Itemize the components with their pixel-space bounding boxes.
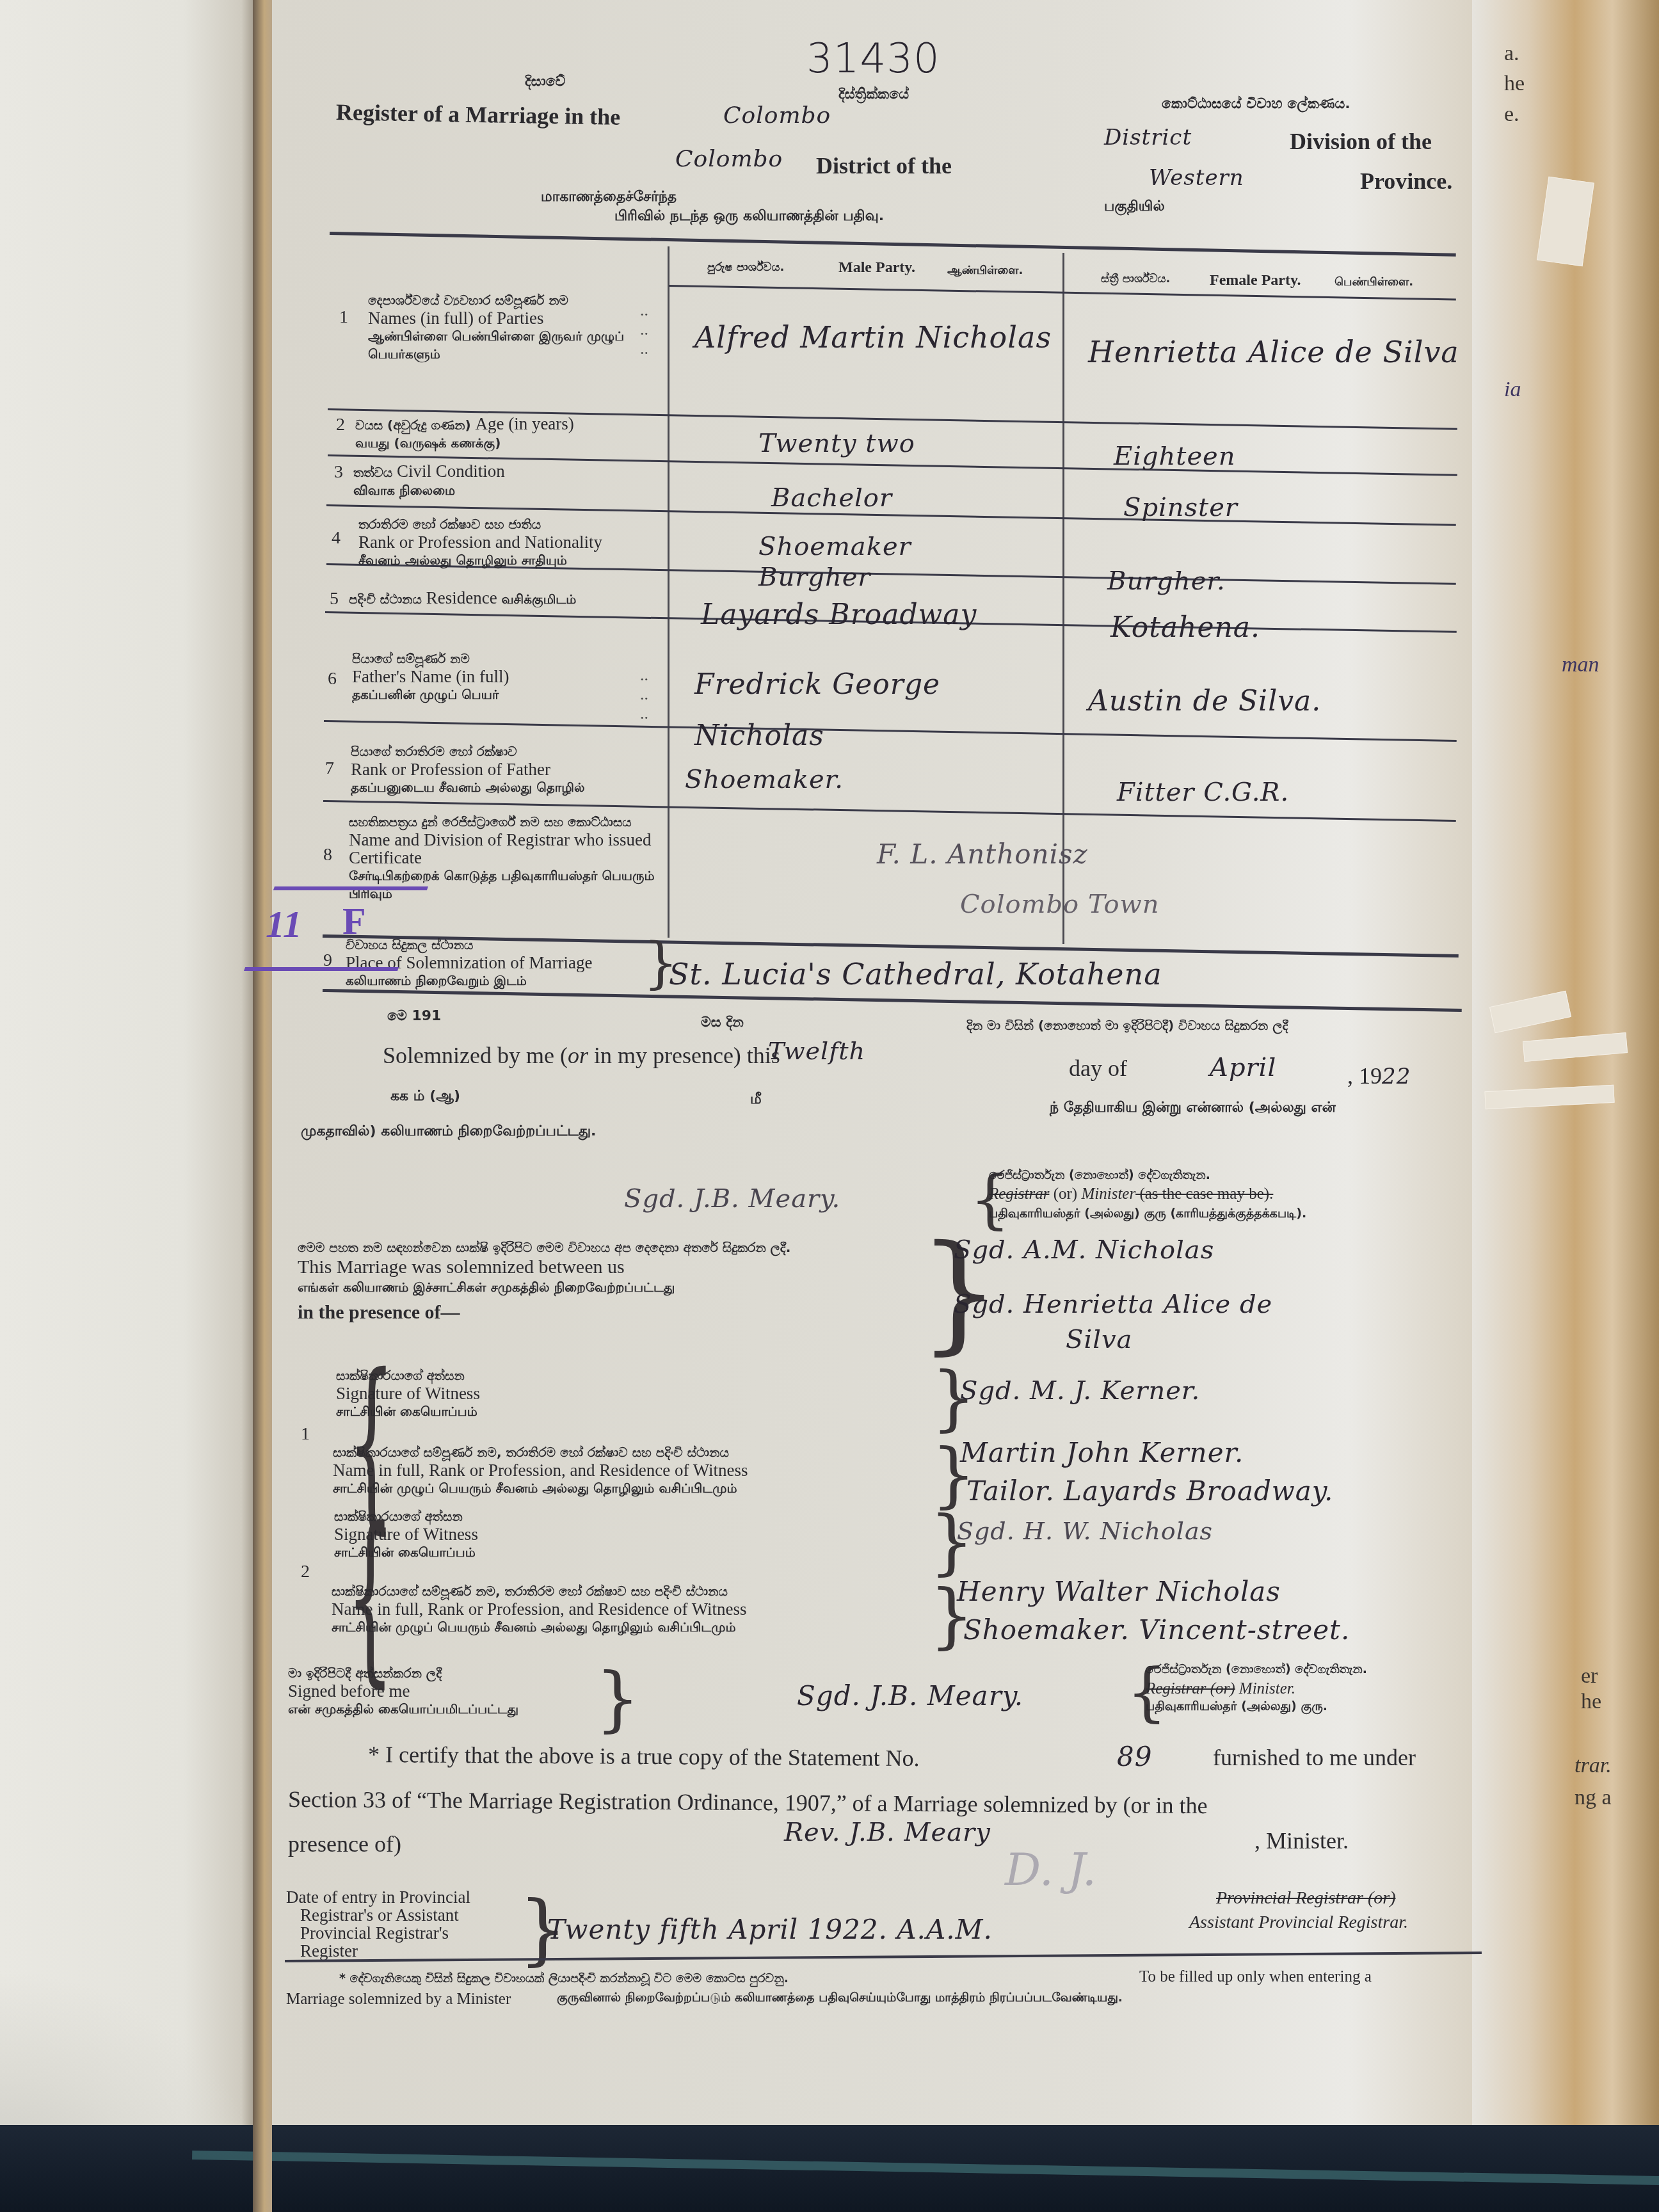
adjacent-page-text: ng a (1575, 1786, 1612, 1810)
between-us-en: This Marriage was solemnized between us (298, 1256, 912, 1278)
place-of-solemnization: St. Lucia's Cathedral, Kotahena (669, 957, 1162, 991)
signed-role-ta: பதிவுகாரியஸ்தர் (அல்லது) குரு. (1146, 1699, 1327, 1715)
header-sinhala-right: කොට්ඨාසයේ විවාහ ලේකණය. (1162, 96, 1350, 112)
day-handwritten: Twelfth (768, 1037, 865, 1065)
label-ta: சாட்சியின் கையொப்பம் (336, 1402, 592, 1420)
paper-flake (1489, 991, 1571, 1033)
division-label: Division of the (1290, 128, 1432, 155)
footnote-si: * දේවගැතියෙකු විසින් සිදුකල විවාහයක් ලිය… (339, 1971, 789, 1985)
paper-flake (1484, 1085, 1614, 1110)
between-us-ta: எங்கள் கலியாணம் இச்சாட்சிகள் சமுகத்தில் … (298, 1278, 912, 1296)
label-en: Signature of Witness (336, 1384, 592, 1402)
between-us-si: මෙම පහත නම සඳහන්වෙන සාක්ෂි ඉදිරිපිට මෙම … (298, 1238, 912, 1256)
pencil-signature: D. J. (1005, 1843, 1096, 1896)
witness-1-name: Martin John Kerner. (960, 1437, 1244, 1468)
label-si: සාක්ෂිකාරයාගේ සම්පූර්ණ නම, තරාතිරම හෝ රක… (333, 1443, 934, 1461)
entry-role-struck: Provincial Registrar (or) (1216, 1888, 1395, 1909)
adjacent-page-text: er (1581, 1664, 1598, 1688)
role-minister: Minister (1081, 1185, 1135, 1203)
tamil-date-left: கக ம் (ஆ) (390, 1088, 460, 1106)
female-residence: Kotahena. (1110, 611, 1260, 644)
label-en: Names (in full) of Parties (368, 309, 662, 327)
witness-number: 2 (301, 1562, 310, 1582)
label-en: Age (in years) (475, 414, 573, 433)
label-si: වයස (අවුරුදු ගණන) (355, 417, 471, 433)
male-party-header: Male Party. (838, 259, 915, 276)
witness-2-details: Shoemaker. Vincent-street. (963, 1614, 1350, 1646)
statement-number: 89 (1117, 1741, 1152, 1772)
label-en: Name and Division of Registrar who issue… (349, 831, 656, 867)
row-number: 2 (336, 415, 345, 435)
registrar-division: Colombo Town (960, 890, 1160, 919)
row-label-father-name: පියාගේ සම්පූර්ණ නම Father's Name (in ful… (352, 650, 646, 703)
row-number: 4 (332, 528, 341, 549)
district-handwritten: Colombo (675, 146, 783, 172)
role-minister: Minister. (1235, 1680, 1295, 1697)
officiant-role-ta: பதிவுகாரியஸ்தர் (அல்லது) குரு (காரியத்து… (989, 1206, 1306, 1222)
adjacent-page-text: trar. (1575, 1754, 1612, 1778)
female-civil-condition: Spinster (1123, 493, 1238, 522)
witness-1-signature: Sgd. M. J. Kerner. (960, 1376, 1200, 1406)
year-label: , 1922 (1347, 1062, 1411, 1089)
officiant-role-si: රෙජිස්ට්‍රාර්තැන (නොහොත්) දේවගැතිතැන. (989, 1168, 1210, 1182)
male-residence: Layards Broadway (701, 598, 977, 631)
label-si: පියාගේ තරාතිරම හෝ රක්ෂාව (351, 742, 652, 760)
header-sinhala-left: දිසාවේ (525, 74, 566, 90)
label-ta: தகப்பனுடைய சீவனம் அல்லது தொழில் (351, 778, 652, 796)
sinhala-date-right: දින මා විසින් (නොහොත් මා ඉදිරිපිටදී) විව… (966, 1018, 1288, 1033)
label-line: Registrar's or Assistant (286, 1906, 470, 1924)
day-of-label: day of (1069, 1055, 1127, 1082)
female-name: Henrietta Alice de Silva (1088, 323, 1459, 381)
female-party-header: Female Party. (1210, 272, 1301, 289)
tamil-division-label: பகுதியில் (1104, 198, 1165, 216)
witness-2-signature-label: සාක්ෂිකාරයාගේ අත්සන Signature of Witness… (334, 1507, 590, 1561)
label-ta: தகப்பனின் முழுப் பெயர் (352, 685, 646, 703)
stamp-mark: F (342, 899, 366, 943)
solemnized-or: or (568, 1043, 588, 1068)
tamil-solemnized: முகதாவில்) கலியாணம் நிறைவேற்றப்பட்டது. (301, 1123, 596, 1141)
torn-page-edges: a. he e. ia man er he trar. ng a (1472, 0, 1659, 2125)
registrar-name: F. L. Anthonisz (877, 838, 1088, 870)
label-en: Name in full, Rank or Profession, and Re… (333, 1461, 934, 1479)
month-handwritten: April (1210, 1053, 1276, 1082)
witness-2-name: Henry Walter Nicholas (957, 1576, 1281, 1607)
label-ta: என் சமுகத்தில் கையொப்பமிடப்பட்டது (288, 1700, 595, 1718)
label-si: සාක්ෂිකාරයාගේ අත්සන (334, 1507, 590, 1525)
leader-dots: ...... (640, 301, 648, 358)
male-father-name: Fredrick George Nicholas (694, 659, 1053, 762)
label-line: Register (286, 1942, 470, 1960)
entry-date-value: Twenty fifth April 1922. A.A.M. (547, 1914, 993, 1945)
role-case-struck: (as the case may be). (1135, 1185, 1273, 1203)
label-en: Signature of Witness (334, 1525, 590, 1543)
label-ta: சீவனம் அல்லது தொழிலும் சாதியும் (358, 551, 659, 569)
label-en: Residence (426, 588, 497, 607)
label-en: Name in full, Rank or Profession, and Re… (332, 1600, 933, 1618)
footnote-en-1: To be filled up only when entering a (1139, 1968, 1372, 1986)
signed-role-si: රෙජිස්ට්‍රාර්තැන (නොහොත්) දේවගැතිතැන. (1146, 1662, 1367, 1676)
label-ta: கலியாணம் நிறைவேறும் இடம் (346, 972, 653, 990)
row-label-civil-condition: තත්වය Civil Condition விவாக நிலைமை (353, 462, 661, 499)
label-ta: ஆண்பிள்ளை பெண்பிள்ளை இருவர் முழுப் பெயர்… (368, 327, 662, 363)
solemnized-line: Solemnized by me (or in my presence) thi… (383, 1042, 780, 1069)
book-binding (253, 0, 272, 2212)
footnote-en-2: Marriage solemnized by a Minister (286, 1991, 511, 2008)
register-title: Register of a Marriage in the (336, 99, 621, 131)
tamil-date-right: ந் தேதியாகிய இன்று என்னால் (அல்லது என் (1050, 1100, 1336, 1118)
label-en: Civil Condition (397, 461, 505, 481)
province-label: Province. (1360, 168, 1452, 195)
certification-line-1: * I certify that the above is a true cop… (368, 1741, 920, 1772)
label-ta: சாட்சியின் முழுப் பெயரும் சீவனம் அல்லது … (333, 1479, 934, 1497)
male-age: Twenty two (758, 429, 915, 458)
brace: } (595, 1658, 640, 1740)
witness-1-name-label: සාක්ෂිකාරයාගේ සම්පූර්ණ නම, තරාතිරම හෝ රක… (333, 1443, 934, 1497)
adjacent-page-text: ia (1504, 378, 1521, 402)
bride-signature-cont: Silva (1066, 1325, 1132, 1354)
female-age: Eighteen (1114, 442, 1236, 471)
adjacent-page-text: a. (1504, 42, 1519, 66)
male-party-ta: ஆண்பிள்ளை. (947, 264, 1023, 278)
label-si: මා ඉදිරිපිටදී අත්සන්කරන ලදී (288, 1664, 595, 1682)
left-blank-page (0, 0, 262, 2212)
entry-date-label: Date of entry in Provincial Registrar's … (286, 1888, 470, 1960)
witness-2-name-label: සාක්ෂිකාරයාගේ සම්පූර්ණ නම, තරාතිරම හෝ රක… (332, 1582, 933, 1636)
female-nationality: Burgher. (1107, 566, 1226, 596)
entry-role: Assistant Provincial Registrar. (1189, 1912, 1408, 1933)
register-number: 31430 (806, 35, 940, 83)
female-father-name: Austin de Silva. (1088, 685, 1321, 717)
footnote-ta: குருவினால் நிறைவேற்றப்படும் கலியாணத்தை ப… (557, 1991, 1123, 2007)
adjacent-page-text: e. (1504, 102, 1519, 127)
label-en: Signed before me (288, 1682, 595, 1700)
label-si: පදිංචි ස්ථානය (349, 591, 422, 607)
row-label-residence: පදිංචි ස්ථානය Residence வசிக்குமிடம் (349, 589, 662, 608)
female-party-ta: பெண்பிள்ளை. (1334, 275, 1413, 290)
label-ta: வசிக்குமிடம் (501, 591, 576, 607)
label-si: තත්වය (353, 465, 392, 480)
sinhala-date-center: මස ‍දින (701, 1014, 744, 1030)
stamp-number: 11 (266, 902, 302, 947)
role-or: (or) (1049, 1185, 1081, 1203)
paper-flake (1523, 1032, 1628, 1062)
adjacent-page-text: he (1581, 1690, 1601, 1714)
label-line: Date of entry in Provincial (286, 1888, 470, 1906)
between-us-label: මෙම පහත නම සඳහන්වෙන සාක්ෂි ඉදිරිපිට මෙම … (298, 1238, 912, 1322)
paper-flake (1537, 177, 1594, 267)
district-label: District of the (816, 152, 952, 179)
male-party-si: පුරුෂ පාර්ශ්වය. (707, 260, 784, 274)
label-en: Rank or Profession of Father (351, 760, 652, 778)
solemnized-prefix: Solemnized by me ( (383, 1043, 568, 1068)
label-en: Father's Name (in full) (352, 668, 646, 685)
minister-name-handwritten: Rev. J.B. Meary (784, 1818, 991, 1847)
officiant-signature: Sgd. J.B. Meary. (624, 1184, 840, 1214)
column-divider (668, 246, 669, 938)
adjacent-page-text: he (1504, 72, 1525, 96)
row-number: 8 (323, 845, 332, 865)
witness-1-details: Tailor. Layards Broadway. (966, 1475, 1333, 1507)
label-si: සාක්ෂිකාරයාගේ සම්පූර්ණ නම, තරාතිරම හෝ රක… (332, 1582, 933, 1600)
role-registrar-struck: Registrar (989, 1185, 1049, 1203)
label-si: සහතිකපත්‍රය දුන් රෙජිස්ට්‍රාර්ගේ නම සහ ක… (349, 813, 656, 831)
signed-role: Registrar (or) Minister. (1146, 1680, 1295, 1698)
male-name: Alfred Martin Nicholas (694, 320, 1052, 355)
certification-line-1-suffix: furnished to me under (1213, 1744, 1416, 1771)
witness-1-signature-label: සාක්ෂිකාරයාගේ අත්සන Signature of Witness… (336, 1366, 592, 1420)
adjacent-page-text: man (1562, 653, 1599, 677)
row-number: 6 (328, 669, 337, 689)
header-sinhala-center: දිස්ත්‍රික්කයේ (838, 86, 909, 102)
row-label-names: දෙපාර්ශ්වයේ ව්‍යවහාර සම්පූර්ණ නම Names (… (368, 291, 662, 363)
label-en: Rank or Profession and Nationality (358, 533, 659, 551)
officiant-role: Registrar (or) Minister (as the case may… (989, 1185, 1273, 1203)
certification-minister-label: , Minister. (1254, 1827, 1349, 1854)
male-father-profession: Shoemaker. (685, 765, 844, 794)
male-profession-nationality: Shoemaker Burgher (758, 531, 1014, 593)
row-label-father-profession: පියාගේ තරාතිරම හෝ රක්ෂාව Rank or Profess… (351, 742, 652, 796)
row-number: 3 (334, 462, 343, 483)
signed-before-signature: Sgd. J.B. Meary. (797, 1680, 1023, 1711)
label-si: දෙපාර්ශ්වයේ ව්‍යවහාර සම්පූර්ණ නම (368, 291, 662, 309)
row-label-profession: තරාතිරම හෝ රක්ෂාව සහ ජාතිය Rank or Profe… (358, 515, 659, 569)
label-si: පියාගේ සම්පූර්ණ නම (352, 650, 646, 668)
female-father-profession: Fitter C.G.R. (1117, 778, 1289, 807)
groom-signature: Sgd. A.M. Nicholas (954, 1235, 1214, 1265)
sinhala-date-left: මෙ 191 (387, 1008, 441, 1024)
witness-2-signature: Sgd. H. W. Nicholas (957, 1517, 1213, 1545)
province-handwritten: Western (1149, 165, 1244, 191)
row-number: 7 (325, 758, 334, 779)
leader-dots: ...... (640, 666, 648, 723)
row-label-age: වයස (අවුරුදු ගණන) Age (in years) வயது (வ… (355, 415, 662, 452)
signed-before-label: මා ඉදිරිපිටදී අත්සන්කරන ලදී Signed befor… (288, 1664, 595, 1718)
male-civil-condition: Bachelor (771, 483, 892, 513)
tamil-date-center: மீ (750, 1091, 762, 1109)
row-number: 1 (339, 307, 348, 328)
year-prefix: , 19 (1347, 1063, 1382, 1089)
year-handwritten: 22 (1382, 1064, 1411, 1089)
label-ta: சாட்சியின் கையொப்பம் (334, 1543, 590, 1561)
tamil-subtitle: பிரிவில் நடந்த ஒரு கலியாணத்தின் பதிவு. (614, 208, 884, 226)
witness-number: 1 (301, 1424, 310, 1445)
row-number: 5 (330, 589, 339, 609)
label-si: සාක්ෂිකාරයාගේ අත්සන (336, 1366, 592, 1384)
label-ta: விவாக நிலைமை (353, 481, 661, 499)
solemnized-middle: in my presence) this (588, 1043, 780, 1068)
in-presence-of: in the presence of— (298, 1304, 912, 1322)
label-si: තරාතිරම හෝ රක්ෂාව සහ ජාතිය (358, 515, 659, 533)
label-line: Provincial Registrar's (286, 1924, 470, 1942)
label-ta: சாட்சியின் முழுப் பெயரும் சீவனம் அல்லது … (332, 1618, 933, 1636)
city-handwritten: Colombo (723, 102, 831, 129)
certification-line-3: presence of) (288, 1831, 401, 1857)
bride-signature: Sgd. Henrietta Alice de (954, 1290, 1272, 1319)
tamil-province-label: மாகாணத்தைச்சேர்ந்த (541, 189, 677, 207)
female-party-si: ස්ත්‍රී පාර්ශ්වය. (1101, 272, 1170, 285)
role-registrar-struck: Registrar (or) (1146, 1680, 1235, 1697)
label-ta: வயது (வருஷக் கணக்கு) (355, 434, 662, 452)
division-handwritten: District (1104, 125, 1192, 150)
